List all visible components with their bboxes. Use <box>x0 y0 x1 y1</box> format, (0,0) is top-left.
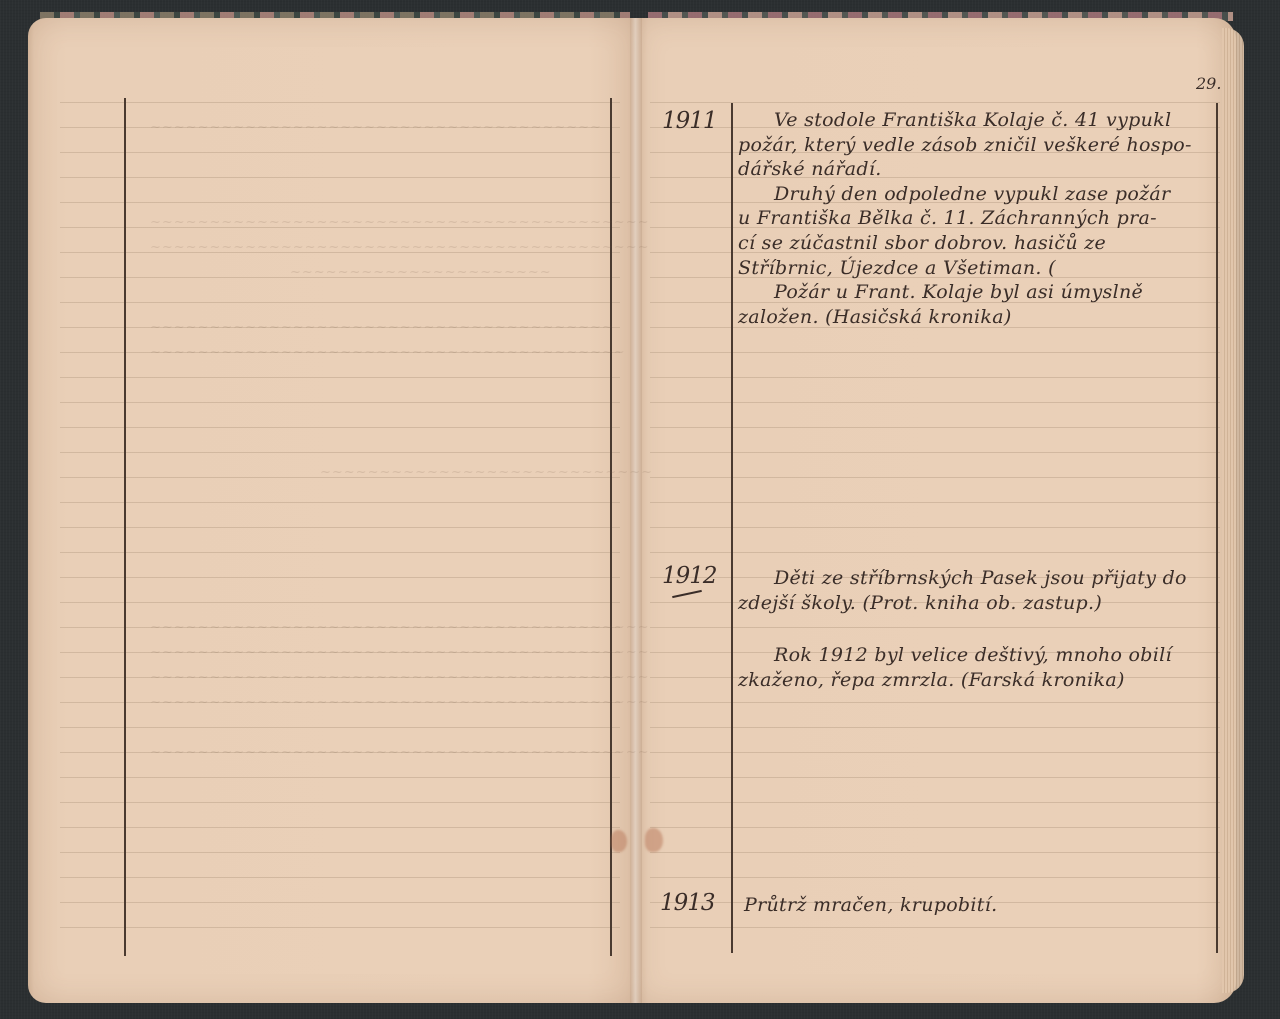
show-through-text: ~~~~~~~~~~~~~~~~~~~~~~ <box>290 265 552 280</box>
text-line: Požár u Frant. Kolaje byl asi úmyslně <box>738 280 1192 305</box>
page-number: 29. <box>1196 74 1221 93</box>
entry-1913-text: Průtrž mračen, krupobití. <box>744 893 997 918</box>
text-line: u Františka Bělka č. 11. Záchranných pra… <box>738 206 1192 231</box>
show-through-text: ~~~~~~~~~~~~~~~~~~~~~~~~~~~~~~~~~~~~~~~~… <box>150 745 650 760</box>
show-through-text: ~~~~~~~~~~~~~~~~~~~~~~~~~~~~~~~~~~~~~~~~… <box>150 620 650 635</box>
text-line: Druhý den odpoledne vypukl zase požár <box>738 182 1192 207</box>
text-line: založen. (Hasičská kronika) <box>738 305 1192 330</box>
text-line: Rok 1912 byl velice deštivý, mnoho obilí <box>738 643 1172 668</box>
right-page-margin-rule-right <box>1216 103 1218 953</box>
show-through-text: ~~~~~~~~~~~~~~~~~~~~~~~~~~~~~~~~~~~~~~~ <box>150 320 614 335</box>
book-gutter <box>630 18 642 1003</box>
text-line: Děti ze stříbrnských Pasek jsou přijaty … <box>738 566 1187 591</box>
show-through-text: ~~~~~~~~~~~~~~~~~~~~~~~~~~~~~~~~~~~~~~~~… <box>150 240 650 255</box>
page-block-edge <box>1222 28 1244 993</box>
left-page-ruled-lines <box>60 78 620 938</box>
show-through-text: ~~~~~~~~~~~~~~~~~~~~~~~~~~~~~~~~~~~~~~~~… <box>150 695 650 710</box>
text-line: Stříbrnic, Újezdce a Všetiman. ( <box>738 256 1192 281</box>
entry-year-1912: 1912 <box>662 563 717 589</box>
entry-1912-text-b: Rok 1912 byl velice deštivý, mnoho obilí… <box>738 643 1172 692</box>
stain-mark <box>611 830 627 852</box>
text-line: zdejší školy. (Prot. kniha ob. zastup.) <box>738 591 1187 616</box>
entry-year-1913: 1913 <box>660 890 715 916</box>
show-through-text: ~~~~~~~~~~~~~~~~~~~~~~~~~~~~~~~~~~~~~~~~… <box>150 670 650 685</box>
show-through-text: ~~~~~~~~~~~~~~~~~~~~~~~~~~~~~~~~~~~~~~~~… <box>150 215 650 230</box>
entry-year-1911: 1911 <box>662 108 717 134</box>
show-through-text: ~~~~~~~~~~~~~~~~~~~~~~~~~~~~ <box>320 465 653 480</box>
entry-1912-text-a: Děti ze stříbrnských Pasek jsou přijaty … <box>738 566 1187 615</box>
left-page-margin-rule-left <box>124 98 126 956</box>
stain-mark <box>645 828 663 852</box>
text-line: Ve stodole Františka Kolaje č. 41 vypukl <box>738 108 1192 133</box>
entry-1911-text: Ve stodole Františka Kolaje č. 41 vypukl… <box>738 108 1192 329</box>
text-line: zkaženo, řepa zmrzla. (Farská kronika) <box>738 668 1172 693</box>
show-through-text: ~~~~~~~~~~~~~~~~~~~~~~~~~~~~~~~~~~~~~~ <box>150 120 602 135</box>
text-line: požár, který vedle zásob zničil veškeré … <box>738 133 1192 158</box>
show-through-text: ~~~~~~~~~~~~~~~~~~~~~~~~~~~~~~~~~~~~~~~~ <box>150 345 626 360</box>
text-line: cí se zúčastnil sbor dobrov. hasičů ze <box>738 231 1192 256</box>
text-line: Průtrž mračen, krupobití. <box>744 893 997 918</box>
right-page-year-column-rule <box>731 103 733 953</box>
show-through-text: ~~~~~~~~~~~~~~~~~~~~~~~~~~~~~~~~~~~~~~~~… <box>150 645 650 660</box>
text-line: dářské nářadí. <box>738 157 1192 182</box>
